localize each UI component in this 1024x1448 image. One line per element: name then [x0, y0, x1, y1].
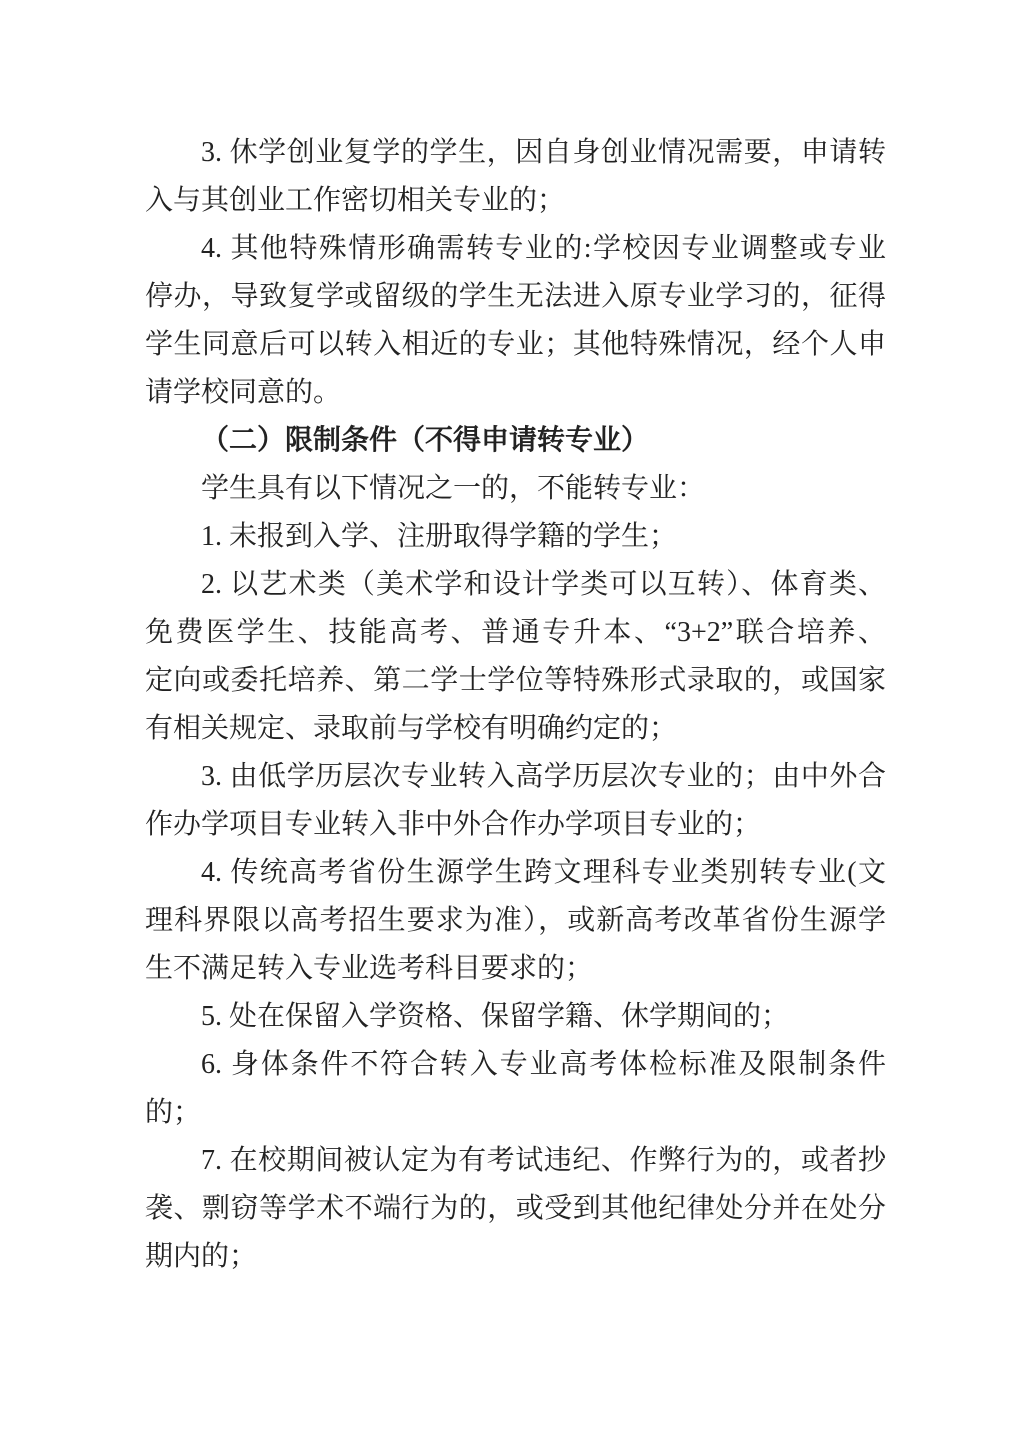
text-line: 停办，导致复学或留级的学生无法进入原专业学习的，征得: [145, 273, 886, 321]
paragraph-restriction-item-1: 1. 未报到入学、注册取得学籍的学生；: [145, 513, 886, 561]
section-heading: （二）限制条件（不得申请转专业）: [145, 417, 886, 465]
text-line: 4. 其他特殊情形确需转专业的:学校因专业调整或专业: [145, 225, 886, 273]
text-line: 3. 由低学历层次专业转入高学历层次专业的；由中外合: [145, 753, 886, 801]
text-line: 请学校同意的。: [145, 369, 886, 417]
paragraph-restriction-item-2: 2. 以艺术类（美术学和设计学类可以互转）、体育类、 免费医学生、技能高考、普通…: [145, 561, 886, 753]
text-line: 入与其创业工作密切相关专业的；: [145, 177, 886, 225]
text-line: 3. 休学创业复学的学生，因自身创业情况需要，申请转: [145, 129, 886, 177]
text-line: 作办学项目专业转入非中外合作办学项目专业的；: [145, 801, 886, 849]
paragraph-restriction-item-4: 4. 传统高考省份生源学生跨文理科专业类别转专业(文 理科界限以高考招生要求为准…: [145, 849, 886, 993]
paragraph-restrictions-intro: 学生具有以下情况之一的，不能转专业：: [145, 465, 886, 513]
text-line: 6. 身体条件不符合转入专业高考体检标准及限制条件: [145, 1041, 886, 1089]
text-line: 的；: [145, 1089, 886, 1137]
text-line: 2. 以艺术类（美术学和设计学类可以互转）、体育类、: [145, 561, 886, 609]
paragraph-restriction-item-3: 3. 由低学历层次专业转入高学历层次专业的；由中外合 作办学项目专业转入非中外合…: [145, 753, 886, 849]
paragraph-restriction-item-7: 7. 在校期间被认定为有考试违纪、作弊行为的，或者抄 袭、剽窃等学术不端行为的，…: [145, 1137, 886, 1281]
text-line: 学生具有以下情况之一的，不能转专业：: [145, 465, 886, 513]
text-line: 生不满足转入专业选考科目要求的；: [145, 945, 886, 993]
section-heading-restrictions: （二）限制条件（不得申请转专业）: [145, 417, 886, 465]
paragraph-restriction-item-5: 5. 处在保留入学资格、保留学籍、休学期间的；: [145, 993, 886, 1041]
text-line: 1. 未报到入学、注册取得学籍的学生；: [145, 513, 886, 561]
text-line: 学生同意后可以转入相近的专业；其他特殊情况，经个人申: [145, 321, 886, 369]
text-line: 期内的；: [145, 1233, 886, 1281]
text-line: 定向或委托培养、第二学士学位等特殊形式录取的，或国家: [145, 657, 886, 705]
paragraph-allowed-item-3: 3. 休学创业复学的学生，因自身创业情况需要，申请转 入与其创业工作密切相关专业…: [145, 129, 886, 225]
text-line: 4. 传统高考省份生源学生跨文理科专业类别转专业(文: [145, 849, 886, 897]
paragraph-allowed-item-4: 4. 其他特殊情形确需转专业的:学校因专业调整或专业 停办，导致复学或留级的学生…: [145, 225, 886, 417]
text-line: 袭、剽窃等学术不端行为的，或受到其他纪律处分并在处分: [145, 1185, 886, 1233]
paragraph-restriction-item-6: 6. 身体条件不符合转入专业高考体检标准及限制条件 的；: [145, 1041, 886, 1137]
text-line: 免费医学生、技能高考、普通专升本、“3+2”联合培养、: [145, 609, 886, 657]
document-page: 3. 休学创业复学的学生，因自身创业情况需要，申请转 入与其创业工作密切相关专业…: [145, 129, 886, 1281]
text-line: 5. 处在保留入学资格、保留学籍、休学期间的；: [145, 993, 886, 1041]
text-line: 有相关规定、录取前与学校有明确约定的；: [145, 705, 886, 753]
text-line: 7. 在校期间被认定为有考试违纪、作弊行为的，或者抄: [145, 1137, 886, 1185]
text-line: 理科界限以高考招生要求为准），或新高考改革省份生源学: [145, 897, 886, 945]
